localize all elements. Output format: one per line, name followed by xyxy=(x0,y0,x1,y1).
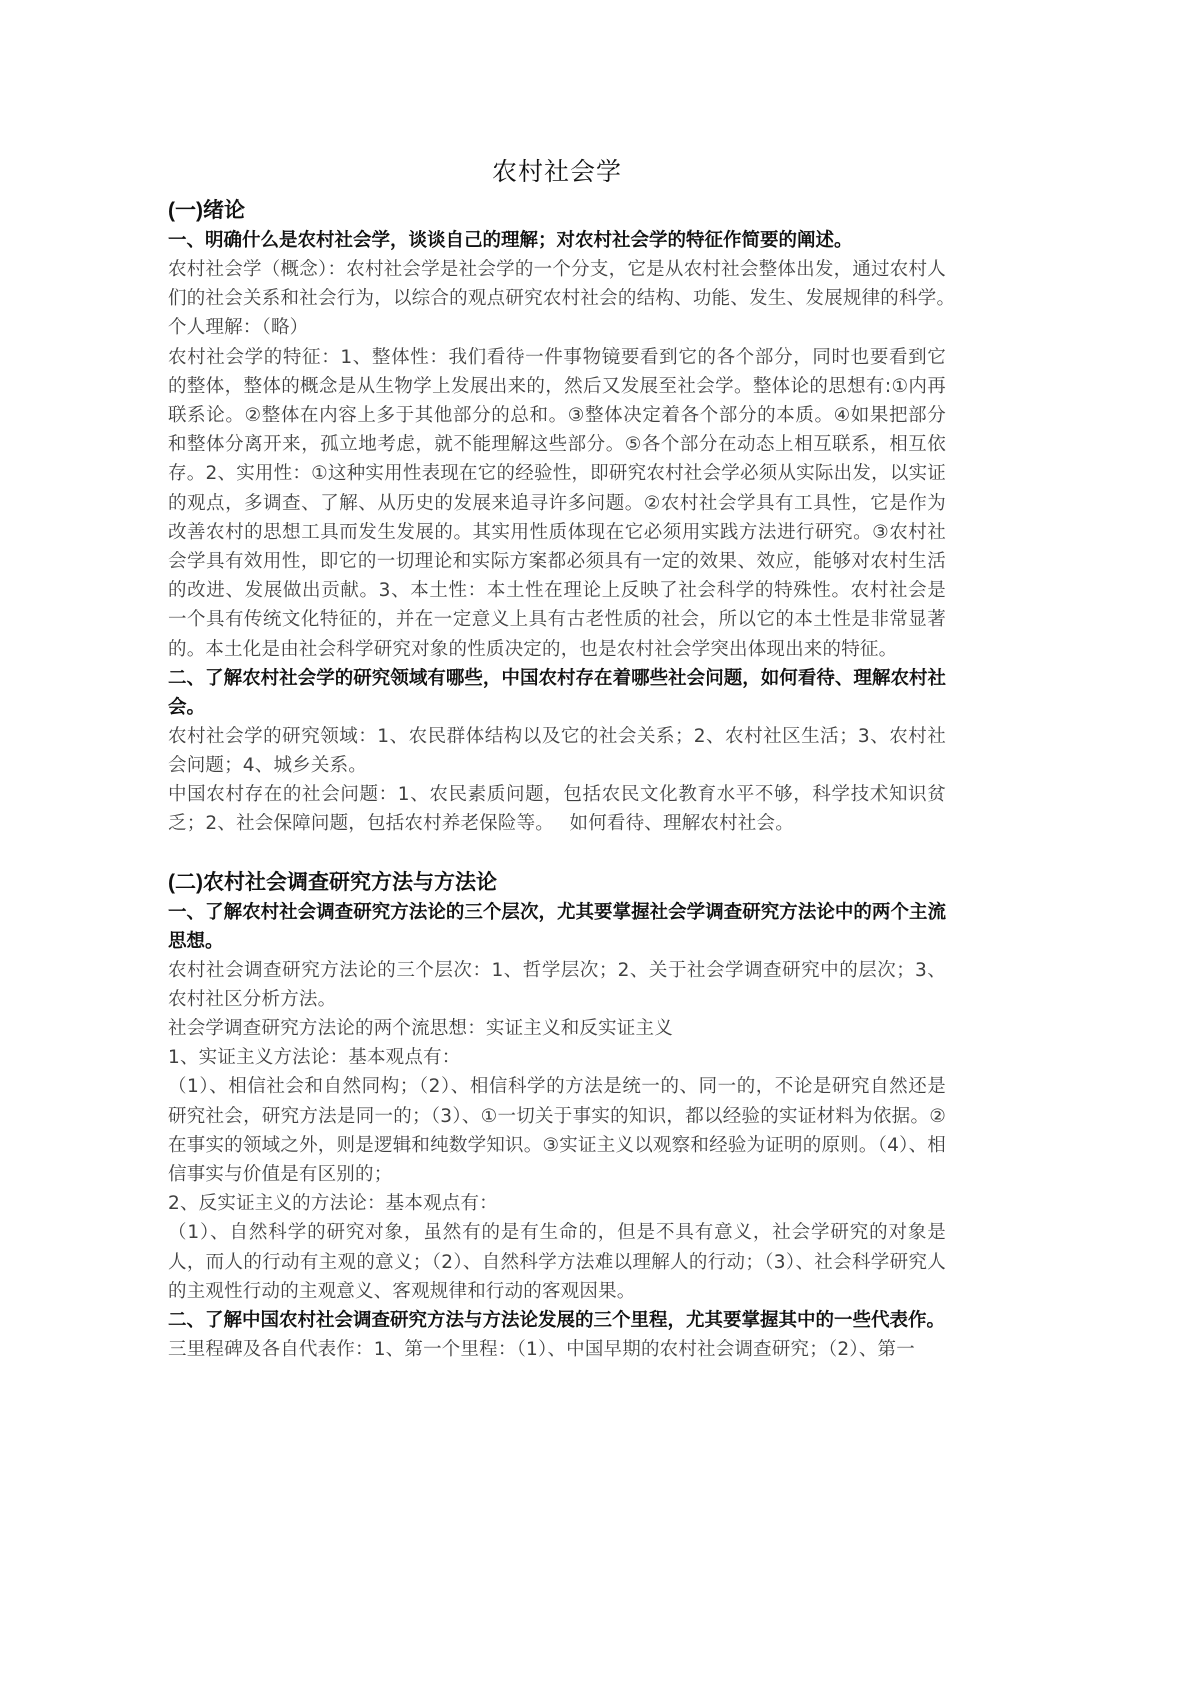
paragraph: 三里程碑及各自代表作：1、第一个里程：（1）、中国早期的农村社会调查研究；（2）… xyxy=(168,1335,946,1364)
paragraph: （1）、相信社会和自然同构；（2）、相信科学的方法是统一的、同一的，不论是研究自… xyxy=(168,1072,946,1189)
question-heading: 一、明确什么是农村社会学，谈谈自己的理解；对农村社会学的特征作简要的阐述。 xyxy=(168,226,946,255)
paragraph: 农村社会学（概念）：农村社会学是社会学的一个分支，它是从农村社会整体出发，通过农… xyxy=(168,255,946,343)
paragraph: 2、反实证主义的方法论：基本观点有： xyxy=(168,1189,946,1218)
section-heading: (一)绪论 xyxy=(168,196,946,226)
paragraph: 社会学调查研究方法论的两个流思想：实证主义和反实证主义 xyxy=(168,1014,946,1043)
spacer xyxy=(168,839,946,868)
document-body: (一)绪论 一、明确什么是农村社会学，谈谈自己的理解；对农村社会学的特征作简要的… xyxy=(168,196,946,1364)
document-title: 农村社会学 xyxy=(168,152,946,188)
paragraph: （1）、自然科学的研究对象，虽然有的是有生命的，但是不具有意义，社会学研究的对象… xyxy=(168,1218,946,1306)
paragraph: 农村社会调查研究方法论的三个层次：1、哲学层次；2、关于社会学调查研究中的层次；… xyxy=(168,956,946,1014)
question-heading: 二、了解农村社会学的研究领域有哪些，中国农村存在着哪些社会问题，如何看待、理解农… xyxy=(168,664,946,722)
paragraph: 农村社会学的研究领域：1、农民群体结构以及它的社会关系；2、农村社区生活；3、农… xyxy=(168,722,946,780)
paragraph: 中国农村存在的社会问题：1、农民素质问题，包括农民文化教育水平不够，科学技术知识… xyxy=(168,780,946,838)
question-heading: 一、了解农村社会调查研究方法论的三个层次，尤其要掌握社会学调查研究方法论中的两个… xyxy=(168,898,946,956)
paragraph: 1、实证主义方法论：基本观点有： xyxy=(168,1043,946,1072)
paragraph: 农村社会学的特征：1、整体性：我们看待一件事物镜要看到它的各个部分，同时也要看到… xyxy=(168,343,946,664)
section-heading: (二)农村社会调查研究方法与方法论 xyxy=(168,868,946,898)
question-heading: 二、了解中国农村社会调查研究方法与方法论发展的三个里程，尤其要掌握其中的一些代表… xyxy=(168,1306,946,1335)
